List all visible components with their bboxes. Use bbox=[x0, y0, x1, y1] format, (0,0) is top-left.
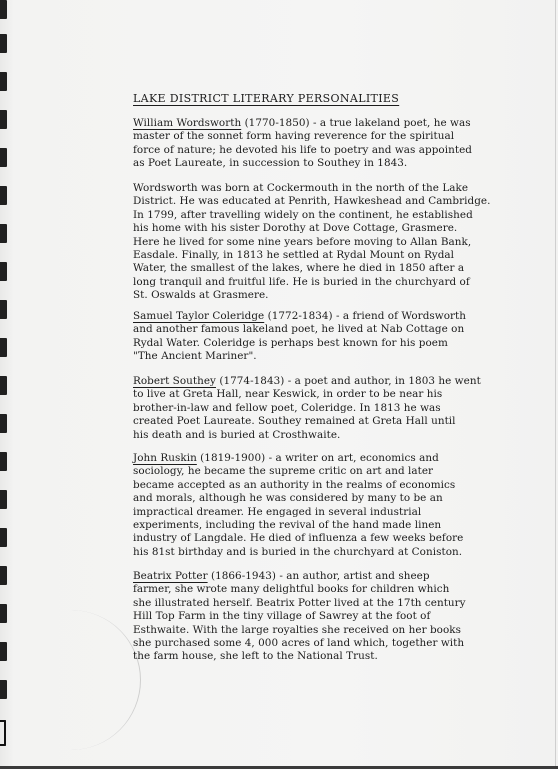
paragraph-text: (1866-1943) - an author, artist and shee… bbox=[133, 570, 466, 662]
binding-hole bbox=[0, 148, 7, 167]
binding-hole bbox=[0, 262, 7, 281]
paper-crease bbox=[60, 610, 141, 750]
binding-hole bbox=[0, 414, 7, 433]
binding-hole bbox=[0, 452, 7, 471]
paragraph-potter: Beatrix Potter (1866-1943) - an author, … bbox=[133, 570, 493, 664]
person-name: William Wordsworth bbox=[133, 117, 241, 129]
person-name: Beatrix Potter bbox=[133, 570, 208, 582]
binding-hole bbox=[0, 110, 7, 129]
paragraph-text: (1819-1900) - a writer on art, economics… bbox=[133, 452, 463, 558]
binding-hole bbox=[0, 186, 7, 205]
paragraph-ruskin: John Ruskin (1819-1900) - a writer on ar… bbox=[133, 452, 493, 559]
paragraph-wordsworth: William Wordsworth (1770-1850) - a true … bbox=[133, 117, 493, 171]
binding-hole bbox=[0, 720, 6, 746]
binding-hole bbox=[0, 376, 7, 395]
comb-binding bbox=[0, 0, 10, 769]
scanned-page: LAKE DISTRICT LITERARY PERSONALITIES Wil… bbox=[0, 0, 558, 769]
binding-hole bbox=[0, 224, 7, 243]
binding-hole bbox=[0, 528, 7, 547]
binding-hole bbox=[0, 642, 7, 661]
paragraph-southey: Robert Southey (1774-1843) - a poet and … bbox=[133, 375, 493, 442]
binding-hole bbox=[0, 604, 7, 623]
person-name: John Ruskin bbox=[133, 452, 197, 464]
paragraph-coleridge: Samuel Taylor Coleridge (1772-1834) - a … bbox=[133, 310, 493, 364]
binding-hole bbox=[0, 566, 7, 585]
binding-hole bbox=[0, 0, 7, 19]
binding-hole bbox=[0, 34, 7, 53]
page-edge bbox=[555, 0, 556, 769]
binding-hole bbox=[0, 490, 7, 509]
binding-hole bbox=[0, 300, 7, 319]
person-name: Samuel Taylor Coleridge bbox=[133, 310, 264, 322]
person-name: Robert Southey bbox=[133, 375, 216, 387]
binding-hole bbox=[0, 338, 7, 357]
document-title: LAKE DISTRICT LITERARY PERSONALITIES bbox=[133, 92, 399, 105]
binding-hole bbox=[0, 72, 7, 91]
binding-hole bbox=[0, 680, 7, 699]
paragraph-wordsworth-bio: Wordsworth was born at Cockermouth in th… bbox=[133, 182, 493, 303]
paragraph-text: Wordsworth was born at Cockermouth in th… bbox=[133, 182, 490, 301]
